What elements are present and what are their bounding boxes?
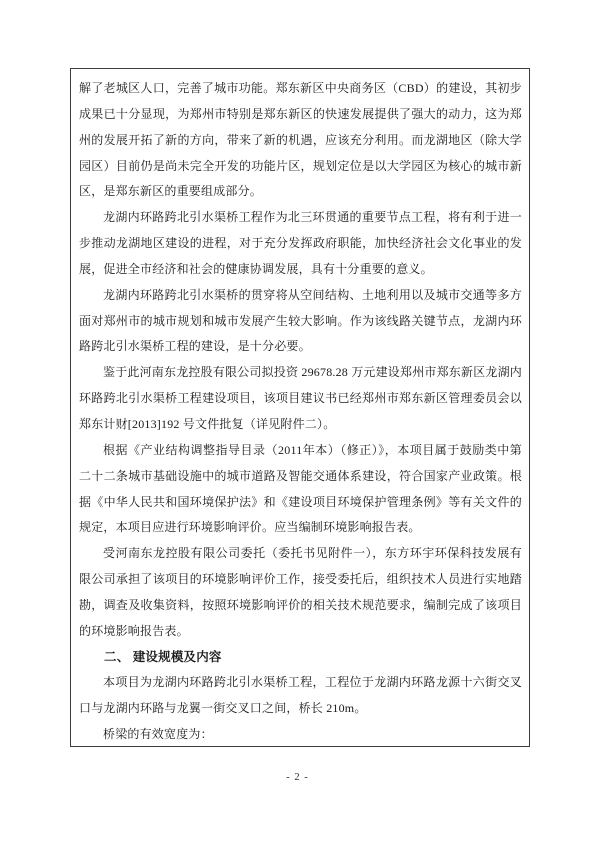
document-frame: 解了老城区人口，完善了城市功能。郑东新区中央商务区（CBD）的建设，其初步成果已… bbox=[70, 68, 530, 747]
document-body: 解了老城区人口，完善了城市功能。郑东新区中央商务区（CBD）的建设，其初步成果已… bbox=[71, 69, 529, 748]
paragraph: 龙湖内环路跨北引水渠桥的贯穿将从空间结构、土地利用以及城市交通等多方面对郑州市的… bbox=[79, 283, 522, 361]
paragraph: 本项目为龙湖内环路跨北引水渠桥工程，工程位于龙湖内环路龙源十六街交叉口与龙湖内环… bbox=[79, 670, 522, 722]
paragraph: 受河南东龙控股有限公司委托（委托书见附件一），东方环宇环保科技发展有限公司承担了… bbox=[79, 541, 522, 644]
document-page: 解了老城区人口，完善了城市功能。郑东新区中央商务区（CBD）的建设，其初步成果已… bbox=[0, 0, 595, 841]
paragraph: 桥梁的有效宽度为： bbox=[79, 722, 522, 748]
paragraph: 龙湖内环路跨北引水渠桥工程作为北三环贯通的重要节点工程，将有利于进一步推动龙湖地… bbox=[79, 205, 522, 283]
paragraph: 解了老城区人口，完善了城市功能。郑东新区中央商务区（CBD）的建设，其初步成果已… bbox=[79, 76, 522, 205]
page-number: - 2 - bbox=[0, 772, 595, 783]
section-heading: 二、 建设规模及内容 bbox=[79, 645, 522, 671]
paragraph: 根据《产业结构调整指导目录（2011年本）（修正）》，本项目属于鼓励类中第二十二… bbox=[79, 438, 522, 541]
paragraph: 鉴于此河南东龙控股有限公司拟投资 29678.28 万元建设郑州市郑东新区龙湖内… bbox=[79, 360, 522, 438]
